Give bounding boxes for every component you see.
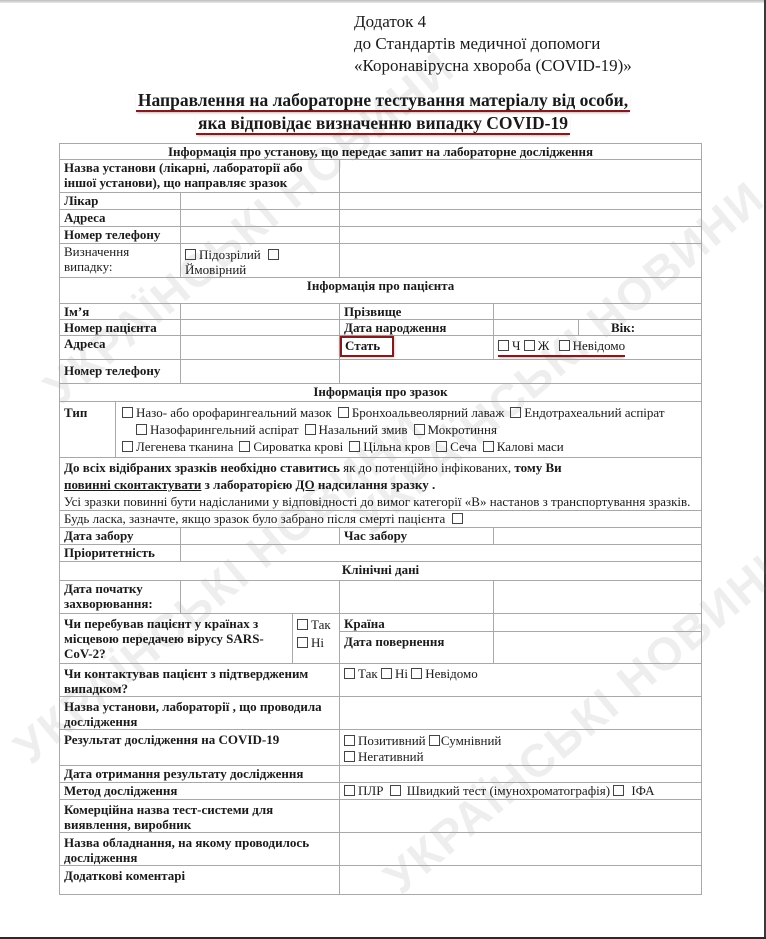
checkbox-icon[interactable] (436, 441, 447, 452)
lab-name-label: Назва установи, лабораторії , що проводи… (60, 697, 340, 730)
case-definition-label: Визначення випадку: (60, 244, 181, 278)
comments-label: Додаткові коментарі (60, 866, 340, 895)
checkbox-icon[interactable] (483, 441, 494, 452)
country-field[interactable] (494, 614, 702, 632)
institution-phone-field-extra[interactable] (340, 227, 702, 244)
checkbox-icon[interactable] (498, 340, 509, 351)
transport-note: Усі зразки повинні бути надісланими у ві… (64, 494, 690, 509)
sex-label: Стать (340, 336, 394, 357)
equipment-field[interactable] (340, 833, 702, 866)
checkbox-icon[interactable] (510, 407, 521, 418)
checkbox-icon[interactable] (239, 441, 250, 452)
patient-address-field[interactable] (181, 336, 340, 360)
checkbox-icon[interactable] (136, 424, 147, 435)
last-name-label: Прізвище (340, 304, 494, 320)
checkbox-icon[interactable] (122, 407, 133, 418)
type-option[interactable]: Назофарингельний аспірат (136, 422, 299, 437)
type-option[interactable]: Бронхоальвеолярний лаваж (338, 405, 504, 420)
case-definition-empty (340, 244, 702, 278)
institution-name-label: Назва установи (лікарні, лабораторії або… (60, 160, 340, 193)
checkbox-icon[interactable] (268, 249, 279, 260)
result-negative-option[interactable]: Негативний (344, 749, 424, 764)
method-elisa-option[interactable]: ІФА (613, 783, 654, 798)
type-option[interactable]: Мокротиння (414, 422, 497, 437)
result-options: Позитивний Сумнівний Негативний (340, 730, 702, 766)
checkbox-icon[interactable] (381, 668, 392, 679)
window-top-edge (0, 0, 766, 3)
onset-date-field[interactable] (181, 581, 340, 614)
method-label: Метод дослідження (60, 783, 340, 800)
result-date-label: Дата отримання результату дослідження (60, 766, 340, 783)
onset-date-extra-1[interactable] (340, 581, 494, 614)
annex-line-2: до Стандартів медичної допомоги (354, 33, 632, 55)
type-option[interactable]: Легенева тканина (122, 439, 233, 454)
checkbox-icon[interactable] (613, 785, 624, 796)
document-title: Направлення на лабораторне тестування ма… (0, 90, 766, 135)
patient-number-field[interactable] (181, 320, 340, 336)
type-option[interactable]: Ендотрахеальний аспірат (510, 405, 664, 420)
return-date-label: Дата повернення (340, 632, 494, 664)
sex-female-option[interactable]: Ж (524, 338, 550, 353)
comments-field[interactable] (340, 866, 702, 895)
patient-phone-field[interactable] (181, 360, 340, 384)
checkbox-icon[interactable] (559, 340, 570, 351)
travel-no-option[interactable]: Ні (297, 634, 337, 652)
case-suspected-option[interactable]: Підозрілий (185, 247, 261, 262)
title-line-2: яка відповідає визначенню випадку COVID-… (196, 113, 570, 135)
first-name-field[interactable] (181, 304, 340, 320)
notice-text: тому Ви (514, 460, 561, 475)
method-options: ПЛР Швидкий тест (імунохроматографія) ІФ… (340, 783, 702, 800)
dob-label: Дата народження (340, 320, 494, 336)
patient-address-label: Адреса (60, 336, 181, 360)
collection-date-label: Дата забору (60, 528, 181, 545)
checkbox-icon[interactable] (122, 441, 133, 452)
collection-time-field[interactable] (494, 528, 702, 545)
contact-no-option[interactable]: Ні (381, 666, 408, 681)
age-label[interactable]: Вік: (579, 320, 702, 336)
postmortem-row: Будь ласка, зазначте, якщо зразок було з… (60, 511, 702, 528)
lab-name-field[interactable] (340, 697, 702, 730)
section-header-institution: Інформація про установу, що передає запи… (60, 144, 702, 160)
section-header-patient: Інформація про пацієнта (60, 278, 702, 304)
section-header-clinical: Клінічні дані (60, 562, 702, 581)
checkbox-icon[interactable] (185, 249, 196, 260)
doctor-field-extra[interactable] (340, 193, 702, 210)
checkbox-icon[interactable] (344, 785, 355, 796)
travel-options: Так Ні (293, 614, 340, 664)
annex-line-3: «Коронавірусна хвороба (COVID-19)» (354, 55, 632, 77)
checkbox-icon[interactable] (349, 441, 360, 452)
institution-phone-label: Номер телефону (60, 227, 181, 244)
annex-header: Додаток 4 до Стандартів медичної допомог… (354, 11, 632, 77)
sex-options-underline: Ч Ж Невідомо (498, 338, 625, 357)
title-line-1: Направлення на лабораторне тестування ма… (136, 90, 630, 112)
sex-unknown-option[interactable]: Невідомо (559, 338, 626, 353)
last-name-field[interactable] (494, 304, 702, 320)
method-pcr-option[interactable]: ПЛР (344, 783, 383, 798)
equipment-label: Назва обладнання, на якому проводилось д… (60, 833, 340, 866)
type-option[interactable]: Назальний змив (305, 422, 408, 437)
sex-options: Ч Ж Невідомо (494, 336, 702, 360)
collection-date-field[interactable] (181, 528, 340, 545)
checkbox-icon[interactable] (429, 735, 440, 746)
specimen-type-options: Назо- або орофарингеальний мазокБронхоал… (116, 402, 702, 458)
checkbox-icon[interactable] (390, 785, 401, 796)
type-option[interactable]: Сироватка крові (239, 439, 343, 454)
first-name-label: Ім’я (60, 304, 181, 320)
sex-label-cell: Стать (340, 336, 494, 360)
postmortem-note: Будь ласка, зазначте, якщо зразок було з… (64, 511, 445, 526)
referral-form: Інформація про установу, що передає запи… (59, 143, 702, 895)
institution-name-field[interactable] (340, 160, 702, 193)
result-date-field[interactable] (340, 766, 702, 783)
contact-options: Так Ні Невідомо (340, 664, 702, 697)
method-rapid-option[interactable]: Швидкий тест (імунохроматографія) (390, 783, 610, 798)
onset-date-label: Дата початку захворювання: (60, 581, 181, 614)
annex-line-1: Додаток 4 (354, 11, 632, 33)
return-date-field[interactable] (494, 632, 702, 664)
postmortem-checkbox[interactable] (452, 513, 463, 524)
type-option[interactable]: Цільна кров (349, 439, 430, 454)
checkbox-icon[interactable] (524, 340, 535, 351)
country-label: Країна (340, 614, 494, 632)
checkbox-icon[interactable] (414, 424, 425, 435)
result-label: Результат дослідження на COVID-19 (60, 730, 340, 766)
doctor-label: Лікар (60, 193, 181, 210)
checkbox-icon[interactable] (411, 668, 422, 679)
doctor-field[interactable] (181, 193, 340, 210)
checkbox-icon[interactable] (297, 619, 308, 630)
dob-field[interactable] (494, 320, 579, 336)
checkbox-icon[interactable] (297, 637, 308, 648)
onset-date-extra-2[interactable] (494, 581, 702, 614)
priority-field[interactable] (181, 545, 702, 562)
type-option[interactable]: Калові маси (483, 439, 564, 454)
result-doubtful-option[interactable]: Сумнівний (429, 733, 501, 748)
test-system-label: Комерційна назва тест-системи для виявле… (60, 800, 340, 833)
institution-address-field-extra[interactable] (340, 210, 702, 227)
notice-text: ДО (296, 477, 315, 492)
checkbox-icon[interactable] (344, 668, 355, 679)
patient-number-label: Номер пацієнта (60, 320, 181, 336)
contact-question: Чи контактував пацієнт з підтвердженим в… (60, 664, 340, 697)
checkbox-icon[interactable] (344, 751, 355, 762)
patient-phone-label: Номер телефону (60, 360, 181, 384)
travel-yes-option[interactable]: Так (297, 616, 337, 634)
patient-phone-field-extra[interactable] (340, 360, 702, 384)
sex-male-option[interactable]: Ч (498, 338, 520, 353)
specimen-type-label: Тип (60, 402, 116, 458)
type-option[interactable]: Сеча (436, 439, 477, 454)
institution-phone-field[interactable] (181, 227, 340, 244)
result-positive-option[interactable]: Позитивний (344, 733, 426, 748)
checkbox-icon[interactable] (344, 735, 355, 746)
institution-address-label: Адреса (60, 210, 181, 227)
notice-text: До всіх відібраних зразків необхідно ста… (64, 460, 340, 475)
notice-text: повинні сконтактувати (64, 477, 201, 492)
checkbox-icon[interactable] (305, 424, 316, 435)
contact-yes-option[interactable]: Так (344, 666, 378, 681)
collection-time-label: Час забору (340, 528, 494, 545)
section-header-specimen: Інформація про зразок (60, 384, 702, 402)
type-option[interactable]: Назо- або орофарингеальний мазок (122, 405, 332, 420)
priority-label: Пріоритетність (60, 545, 181, 562)
checkbox-icon[interactable] (338, 407, 349, 418)
notice-text: надсилання зразку . (315, 477, 436, 492)
case-definition-options: Підозрілий Ймовірний (181, 244, 340, 278)
test-system-field[interactable] (340, 800, 702, 833)
notice-text: як до потенційно інфікованих, (340, 460, 515, 475)
travel-question: Чи перебував пацієнт у країнах з місцево… (60, 614, 293, 664)
notice-text: з лабораторією (201, 477, 295, 492)
handling-notice: До всіх відібраних зразків необхідно ста… (60, 458, 702, 511)
contact-unknown-option[interactable]: Невідомо (411, 666, 478, 681)
institution-address-field[interactable] (181, 210, 340, 227)
